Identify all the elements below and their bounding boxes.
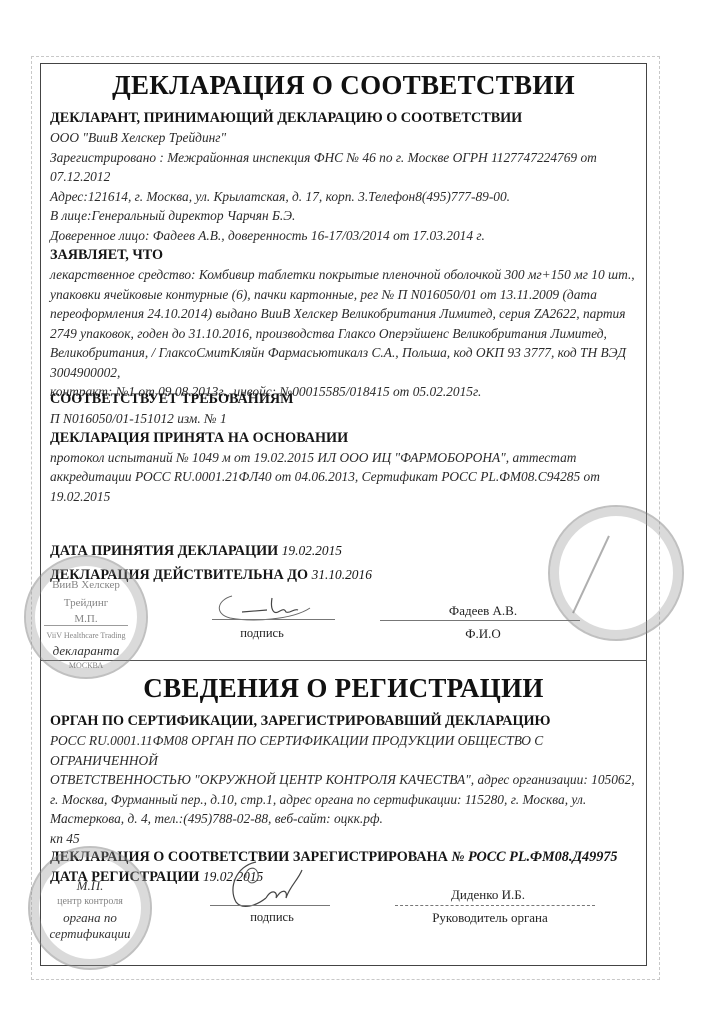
declarant-signature-label: подпись	[212, 626, 312, 641]
basis-line: протокол испытаний № 1049 м от 19.02.201…	[50, 448, 640, 468]
complies-line: П N016050/01-151012 изм. № 1	[50, 409, 640, 429]
complies-heading: СООТВЕТСТВУЕТ ТРЕБОВАНИЯМ	[50, 390, 640, 409]
states-section: ЗАЯВЛЯЕТ, ЧТО лекарственное средство: Ко…	[50, 246, 640, 402]
stamp-line: ВииВ Хелскер	[26, 579, 146, 591]
stamp-line: М.П.	[44, 613, 128, 626]
declarant-line: Зарегистрировано : Межрайонная инспекция…	[50, 148, 640, 168]
declaration-title: ДЕКЛАРАЦИЯ О СООТВЕТСТВИИ	[40, 70, 647, 101]
declarant-name-line	[380, 620, 580, 621]
stamp-line: М.П.	[30, 878, 150, 894]
declarant-line: Адрес:121614, г. Москва, ул. Крылатская,…	[50, 187, 640, 207]
certification-signature-line	[210, 905, 330, 906]
stamp-line: декларанта	[26, 643, 146, 659]
product-line: 3004900002,	[50, 363, 640, 383]
states-heading: ЗАЯВЛЯЕТ, ЧТО	[50, 246, 640, 265]
certification-head-title: Руководитель органа	[410, 910, 570, 926]
stamp-line: сертификации	[30, 926, 150, 942]
stamp-ring-text: МОСКВА	[26, 661, 146, 670]
registration-title: СВЕДЕНИЯ О РЕГИСТРАЦИИ	[40, 673, 647, 704]
product-line: переоформления 24.10.2014) выдано ВииВ Х…	[50, 304, 640, 324]
declarant-signature-line	[212, 619, 335, 620]
basis-line: 19.02.2015	[50, 487, 640, 507]
certification-body-heading: ОРГАН ПО СЕРТИФИКАЦИИ, ЗАРЕГИСТРИРОВАВШИ…	[50, 712, 640, 731]
declarant-line: В лице:Генеральный директор Чарчян Б.Э.	[50, 206, 640, 226]
stamp-line: ViiV Healthcare Trading	[26, 631, 146, 640]
certification-body-line: кп 45	[50, 829, 640, 849]
complies-section: СООТВЕТСТВУЕТ ТРЕБОВАНИЯМ П N016050/01-1…	[50, 390, 640, 506]
certification-body-line: Мастеркова, д. 4, тел.:(495)788-02-88, в…	[50, 809, 640, 829]
declarant-section: ДЕКЛАРАНТ, ПРИНИМАЮЩИЙ ДЕКЛАРАЦИЮ О СООТ…	[50, 109, 640, 245]
product-line: 2749 упаковок, годен до 31.10.2016, прои…	[50, 324, 640, 344]
valid-until-value: 31.10.2016	[312, 567, 372, 582]
product-line: упаковки ячейковые контурные (6), пачки …	[50, 285, 640, 305]
basis-heading: ДЕКЛАРАЦИЯ ПРИНЯТА НА ОСНОВАНИИ	[50, 429, 640, 448]
certification-signature-label: подпись	[222, 910, 322, 925]
certification-body-line: ОТВЕТСТВЕННОСТЬЮ "ОКРУЖНОЙ ЦЕНТР КОНТРОЛ…	[50, 770, 640, 790]
declarant-line: ООО "ВииВ Хелскер Трейдинг"	[50, 128, 640, 148]
product-line: лекарственное средство: Комбивир таблетк…	[50, 265, 640, 285]
date-accepted-value: 19.02.2015	[282, 543, 342, 558]
registered-number: ДЕКЛАРАЦИЯ О СООТВЕТСТВИИ ЗАРЕГИСТРИРОВА…	[50, 848, 640, 867]
declarant-heading: ДЕКЛАРАНТ, ПРИНИМАЮЩИЙ ДЕКЛАРАЦИЮ О СООТ…	[50, 109, 640, 128]
declarant-line: Доверенное лицо: Фадеев А.В., довереннос…	[50, 226, 640, 246]
certification-body-line: г. Москва, Фурманный пер., д.10, стр.1, …	[50, 790, 640, 810]
declarant-name: Фадеев А.В.	[418, 603, 548, 619]
certification-name-line	[395, 905, 595, 906]
stamp-line: Трейдинг	[26, 597, 146, 609]
stamp-stroke	[572, 536, 610, 614]
stamp-line: органа по	[30, 910, 150, 926]
certification-head-name: Диденко И.Б.	[418, 887, 558, 903]
declarant-stamp: ВииВ Хелскер Трейдинг М.П. ViiV Healthca…	[24, 555, 148, 679]
declarant-line: 07.12.2012	[50, 167, 640, 187]
stamp-line: центр контроля	[30, 896, 150, 907]
certification-stamp: М.П. центр контроля органа по сертификац…	[28, 846, 152, 970]
certification-body-section: ОРГАН ПО СЕРТИФИКАЦИИ, ЗАРЕГИСТРИРОВАВШИ…	[50, 712, 640, 887]
declarant-name-label: Ф.И.О	[418, 626, 548, 642]
certification-body-line: РОСС RU.0001.11ФМ08 ОРГАН ПО СЕРТИФИКАЦИ…	[50, 731, 640, 770]
product-line: Великобритания, / ГлаксоСмитКляйн Фармас…	[50, 343, 640, 363]
basis-line: аккредитации РОСС RU.0001.21ФЛ40 от 04.0…	[50, 467, 640, 487]
registered-value: № РОСС PL.ФМ08.Д49975	[451, 849, 617, 865]
